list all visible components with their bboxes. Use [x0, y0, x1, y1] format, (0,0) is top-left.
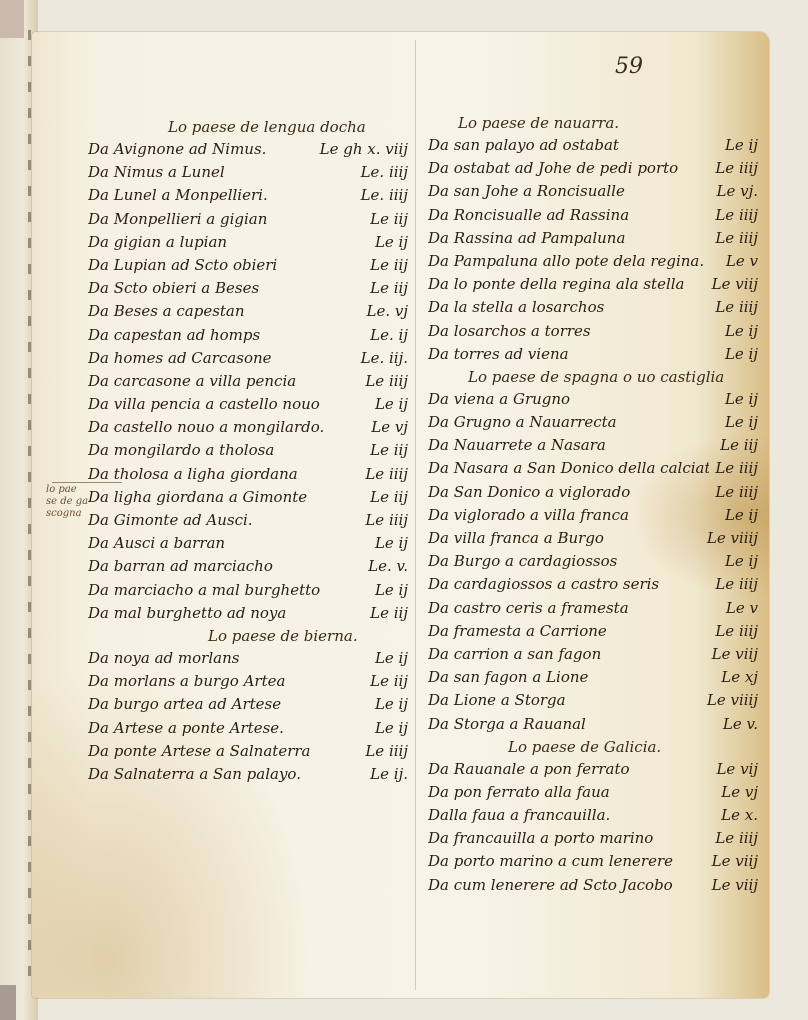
route-text: Da lo ponte della regina ala stella — [428, 273, 685, 296]
itinerary-entry: Da ponte Artese a SalnaterraLe iiij — [88, 740, 408, 763]
distance-leagues: Le iiij — [359, 509, 408, 532]
distance-leagues: Le iiij — [709, 827, 758, 850]
route-text: Da Burgo a cardagiossos — [428, 550, 617, 573]
itinerary-entry: Da marciacho a mal burghettoLe ij — [88, 579, 408, 602]
distance-leagues: Le x. — [715, 804, 758, 827]
itinerary-entry: Da Storga a RauanalLe v. — [428, 713, 758, 736]
distance-leagues: Le. iij. — [355, 347, 408, 370]
itinerary-entry: Da porto marino a cum lenerereLe viij — [428, 850, 758, 873]
route-text: Da francauilla a porto marino — [428, 827, 653, 850]
margin-note-line: lo pae — [46, 484, 88, 496]
route-text: Da ponte Artese a Salnaterra — [88, 740, 310, 763]
itinerary-entry: Da cum lenerere ad Scto JacoboLe viij — [428, 874, 758, 897]
route-text: Da villa franca a Burgo — [428, 527, 604, 550]
distance-leagues: Le iiij — [709, 620, 758, 643]
route-text: Da capestan ad homps — [88, 324, 260, 347]
itinerary-entry: Da Nasara a San Donico della calciataLe … — [428, 457, 758, 480]
route-text: Da gigian a lupian — [88, 231, 227, 254]
distance-leagues: Le. v. — [362, 555, 408, 578]
itinerary-entry: Da castro ceris a framestaLe v — [428, 597, 758, 620]
section-heading: Lo paese de lengua docha — [88, 116, 408, 138]
route-text: Da Ausci a barran — [88, 532, 225, 555]
itinerary-entry: Da noya ad morlansLe ij — [88, 647, 408, 670]
route-text: Da Lupian ad Scto obieri — [88, 254, 277, 277]
itinerary-entry: Da lo ponte della regina ala stellaLe vi… — [428, 273, 758, 296]
route-text: Da carrion a san fagon — [428, 643, 601, 666]
margin-note: lo pae se de ga scogna — [46, 484, 88, 520]
distance-leagues: Le viij — [706, 874, 758, 897]
itinerary-entry: Da Roncisualle ad RassinaLe iiij — [428, 204, 758, 227]
route-text: Da Nasara a San Donico della calciata — [428, 457, 709, 480]
route-text: Da noya ad morlans — [88, 647, 239, 670]
distance-leagues: Le iiij — [709, 481, 758, 504]
distance-leagues: Le iij — [714, 434, 758, 457]
route-text: Da viglorado a villa franca — [428, 504, 629, 527]
itinerary-entry: Da Grugno a NauarrectaLe ij — [428, 411, 758, 434]
itinerary-entry: Da Gimonte ad Ausci.Le iiij — [88, 509, 408, 532]
distance-leagues: Le iiij — [359, 740, 408, 763]
itinerary-entry: Da viena a GrugnoLe ij — [428, 388, 758, 411]
itinerary-entry: Da villa pencia a castello nouoLe ij — [88, 393, 408, 416]
route-text: Da morlans a burgo Artea — [88, 670, 285, 693]
route-text: Da castro ceris a framesta — [428, 597, 629, 620]
distance-leagues: Le ij — [369, 579, 408, 602]
route-text: Da Storga a Rauanal — [428, 713, 586, 736]
itinerary-entry: Da Beses a capestanLe. vj — [88, 300, 408, 323]
itinerary-entry: Da cardagiossos a castro serisLe iiij — [428, 573, 758, 596]
itinerary-entry: Da San Donico a vigloradoLe iiij — [428, 481, 758, 504]
route-text: Da san palayo ad ostabat — [428, 134, 619, 157]
distance-leagues: Le ij — [369, 717, 408, 740]
route-text: Da mongilardo a tholosa — [88, 439, 274, 462]
itinerary-entry: Da Lupian ad Scto obieriLe iij — [88, 254, 408, 277]
route-text: Da Rassina ad Pampaluna — [428, 227, 625, 250]
route-text: Da Salnaterra a San palayo. — [88, 763, 301, 786]
distance-leagues: Le v — [720, 250, 758, 273]
distance-leagues: Le iij — [364, 670, 408, 693]
distance-leagues: Le xj — [715, 666, 758, 689]
distance-leagues: Le iiij — [359, 370, 408, 393]
route-text: Da San Donico a viglorado — [428, 481, 630, 504]
route-text: Da burgo artea ad Artese — [88, 693, 281, 716]
route-text: Da Nimus a Lunel — [88, 161, 225, 184]
itinerary-entry: Da san palayo ad ostabatLe ij — [428, 134, 758, 157]
itinerary-entry: Da Artese a ponte Artese.Le ij — [88, 717, 408, 740]
itinerary-entry: Da castello nouo a mongilardo.Le vj — [88, 416, 408, 439]
itinerary-entry: Da Rassina ad PampalunaLe iiij — [428, 227, 758, 250]
itinerary-entry: Da la stella a losarchosLe iiij — [428, 296, 758, 319]
distance-leagues: Le ij — [719, 320, 758, 343]
distance-leagues: Le iiij — [709, 296, 758, 319]
distance-leagues: Le iij — [364, 254, 408, 277]
route-text: Da la stella a losarchos — [428, 296, 604, 319]
itinerary-entry: Da Rauanale a pon ferratoLe vij — [428, 758, 758, 781]
route-text: Da torres ad viena — [428, 343, 569, 366]
itinerary-entry: Dalla faua a francauilla.Le x. — [428, 804, 758, 827]
route-text: Da Avignone ad Nimus. — [88, 138, 266, 161]
itinerary-entry: Da ostabat ad Johe de pedi portoLe iiij — [428, 157, 758, 180]
itinerary-entry: Da villa franca a BurgoLe viiij — [428, 527, 758, 550]
itinerary-entry: Da Pampaluna allo pote dela regina.Le v — [428, 250, 758, 273]
itinerary-entry: Da carcasone a villa penciaLe iiij — [88, 370, 408, 393]
route-text: Da ligha giordana a Gimonte — [88, 486, 307, 509]
distance-leagues: Le ij — [369, 393, 408, 416]
route-text: Da losarchos a torres — [428, 320, 591, 343]
route-text: Dalla faua a francauilla. — [428, 804, 610, 827]
route-text: Da cum lenerere ad Scto Jacobo — [428, 874, 673, 897]
distance-leagues: Le vj — [715, 781, 758, 804]
route-text: Da homes ad Carcasone — [88, 347, 272, 370]
distance-leagues: Le ij — [369, 647, 408, 670]
distance-leagues: Le. iiij — [355, 161, 408, 184]
itinerary-entry: Da Nauarrete a NasaraLe iij — [428, 434, 758, 457]
route-text: Da marciacho a mal burghetto — [88, 579, 320, 602]
distance-leagues: Le iiij — [709, 204, 758, 227]
itinerary-entry: Da san fagon a LioneLe xj — [428, 666, 758, 689]
distance-leagues: Le iij — [364, 277, 408, 300]
binding-stitches — [28, 30, 31, 990]
itinerary-entry: Da pon ferrato alla fauaLe vj — [428, 781, 758, 804]
distance-leagues: Le ij — [719, 411, 758, 434]
section-heading: Lo paese de bierna. — [88, 625, 408, 647]
itinerary-entry: Da barran ad marciachoLe. v. — [88, 555, 408, 578]
route-text: Da Lione a Storga — [428, 689, 566, 712]
itinerary-entry: Da Lione a StorgaLe viiij — [428, 689, 758, 712]
itinerary-entry: Da losarchos a torresLe ij — [428, 320, 758, 343]
distance-leagues: Le iiij — [709, 157, 758, 180]
itinerary-entry: Da Avignone ad Nimus.Le gh x. viij — [88, 138, 408, 161]
distance-leagues: Le ij — [719, 134, 758, 157]
distance-leagues: Le iij — [364, 439, 408, 462]
margin-note-line: scogna — [46, 508, 88, 520]
route-text: Da Gimonte ad Ausci. — [88, 509, 253, 532]
section-heading: Lo paese de Galicia. — [428, 736, 758, 758]
distance-leagues: Le iiij — [709, 227, 758, 250]
distance-leagues: Le iij — [364, 486, 408, 509]
distance-leagues: Le ij — [369, 693, 408, 716]
distance-leagues: Le ij — [719, 504, 758, 527]
itinerary-entry: Da Scto obieri a BesesLe iij — [88, 277, 408, 300]
route-text: Da san Johe a Roncisualle — [428, 180, 625, 203]
itinerary-entry: Da Burgo a cardagiossosLe ij — [428, 550, 758, 573]
route-text: Da carcasone a villa pencia — [88, 370, 296, 393]
distance-leagues: Le. iiij — [355, 184, 408, 207]
route-text: Da ostabat ad Johe de pedi porto — [428, 157, 678, 180]
route-text: Da viena a Grugno — [428, 388, 570, 411]
margin-note-line: se de ga — [46, 496, 88, 508]
background-corner — [0, 985, 16, 1020]
distance-leagues: Le ij — [369, 231, 408, 254]
distance-leagues: Le ij — [719, 550, 758, 573]
distance-leagues: Le ij — [719, 343, 758, 366]
route-text: Da mal burghetto ad noya — [88, 602, 286, 625]
itinerary-entry: Da tholosa a ligha giordanaLe iiij — [88, 463, 408, 486]
left-column: Lo paese de lengua dochaDa Avignone ad N… — [88, 116, 408, 786]
itinerary-entry: Da Ausci a barranLe ij — [88, 532, 408, 555]
distance-leagues: Le ij — [719, 388, 758, 411]
itinerary-entry: Da homes ad CarcasoneLe. iij. — [88, 347, 408, 370]
itinerary-entry: Da torres ad vienaLe ij — [428, 343, 758, 366]
itinerary-entry: Da ligha giordana a GimonteLe iij — [88, 486, 408, 509]
section-heading: Lo paese de nauarra. — [428, 112, 758, 134]
distance-leagues: Le gh x. viij — [314, 138, 408, 161]
route-text: Da Roncisualle ad Rassina — [428, 204, 629, 227]
route-text: Da Grugno a Nauarrecta — [428, 411, 617, 434]
route-text: Da Pampaluna allo pote dela regina. — [428, 250, 704, 273]
itinerary-entry: Da viglorado a villa francaLe ij — [428, 504, 758, 527]
distance-leagues: Le viij — [706, 850, 758, 873]
route-text: Da Monpellieri a gigian — [88, 208, 267, 231]
route-text: Da cardagiossos a castro seris — [428, 573, 659, 596]
itinerary-entry: Da framesta a CarrioneLe iiij — [428, 620, 758, 643]
distance-leagues: Le vj. — [711, 180, 759, 203]
manuscript-page: 59 lo pae se de ga scogna Lo paese de le… — [32, 32, 769, 998]
section-heading: Lo paese de spagna o uo castiglia — [428, 366, 758, 388]
distance-leagues: Le ij — [369, 532, 408, 555]
route-text: Da Lunel a Monpellieri. — [88, 184, 268, 207]
route-text: Da framesta a Carrione — [428, 620, 607, 643]
route-text: Da san fagon a Lione — [428, 666, 588, 689]
route-text: Da Beses a capestan — [88, 300, 245, 323]
route-text: Da villa pencia a castello nouo — [88, 393, 320, 416]
itinerary-entry: Da burgo artea ad ArteseLe ij — [88, 693, 408, 716]
itinerary-entry: Da Monpellieri a gigianLe iij — [88, 208, 408, 231]
itinerary-entry: Da Lunel a Monpellieri.Le. iiij — [88, 184, 408, 207]
route-text: Da Artese a ponte Artese. — [88, 717, 284, 740]
distance-leagues: Le viij — [706, 643, 758, 666]
right-column: Lo paese de nauarra.Da san palayo ad ost… — [428, 112, 758, 897]
distance-leagues: Le ij. — [364, 763, 408, 786]
route-text: Da pon ferrato alla faua — [428, 781, 610, 804]
itinerary-entry: Da mongilardo a tholosaLe iij — [88, 439, 408, 462]
route-text: Da Nauarrete a Nasara — [428, 434, 606, 457]
route-text: Da porto marino a cum lenerere — [428, 850, 673, 873]
distance-leagues: Le viij — [706, 273, 758, 296]
distance-leagues: Le v — [720, 597, 758, 620]
route-text: Da Scto obieri a Beses — [88, 277, 259, 300]
itinerary-entry: Da Salnaterra a San palayo.Le ij. — [88, 763, 408, 786]
column-ruling-line — [415, 40, 416, 990]
itinerary-entry: Da mal burghetto ad noyaLe iij — [88, 602, 408, 625]
folio-number: 59 — [615, 54, 643, 79]
distance-leagues: Le iij — [364, 602, 408, 625]
route-text: Da tholosa a ligha giordana — [88, 463, 298, 486]
distance-leagues: Le vj — [365, 416, 408, 439]
route-text: Da castello nouo a mongilardo. — [88, 416, 324, 439]
route-text: Da Rauanale a pon ferrato — [428, 758, 630, 781]
distance-leagues: Le. vj — [361, 300, 409, 323]
distance-leagues: Le iij — [364, 208, 408, 231]
distance-leagues: Le viiij — [701, 527, 758, 550]
itinerary-entry: Da Nimus a LunelLe. iiij — [88, 161, 408, 184]
itinerary-entry: Da san Johe a RoncisualleLe vj. — [428, 180, 758, 203]
distance-leagues: Le iiij — [709, 457, 758, 480]
itinerary-entry: Da carrion a san fagonLe viij — [428, 643, 758, 666]
itinerary-entry: Da gigian a lupianLe ij — [88, 231, 408, 254]
itinerary-entry: Da francauilla a porto marinoLe iiij — [428, 827, 758, 850]
distance-leagues: Le iiij — [359, 463, 408, 486]
distance-leagues: Le iiij — [709, 573, 758, 596]
distance-leagues: Le viiij — [701, 689, 758, 712]
distance-leagues: Le v. — [717, 713, 758, 736]
itinerary-entry: Da morlans a burgo ArteaLe iij — [88, 670, 408, 693]
background-corner — [0, 0, 24, 38]
itinerary-entry: Da capestan ad hompsLe. ij — [88, 324, 408, 347]
distance-leagues: Le vij — [710, 758, 758, 781]
route-text: Da barran ad marciacho — [88, 555, 273, 578]
distance-leagues: Le. ij — [364, 324, 408, 347]
